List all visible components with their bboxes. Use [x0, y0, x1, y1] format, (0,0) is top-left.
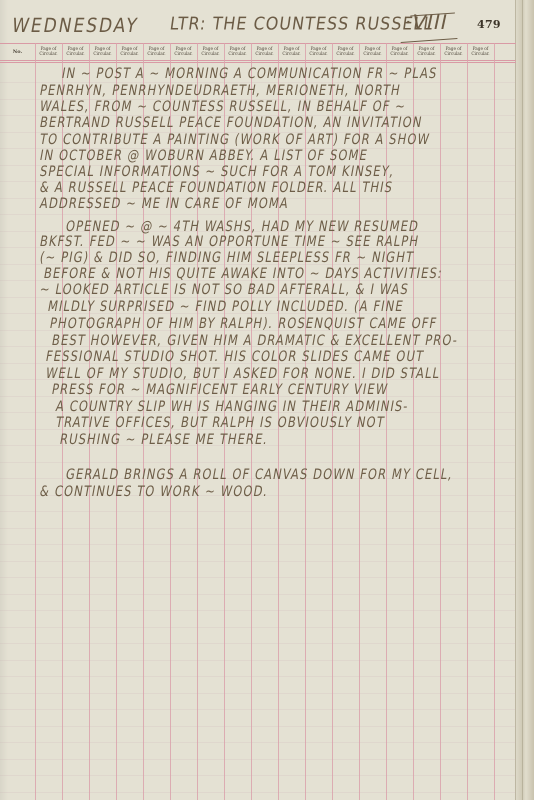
book-page-edge: [515, 0, 534, 800]
day-heading: Wednesday: [10, 15, 140, 38]
column-header-page-of-circular: Page of Circular.: [386, 47, 413, 61]
column-header-page-of-circular: Page of Circular.: [305, 47, 332, 61]
column-header-page-of-circular: Page of Circular.: [62, 47, 89, 61]
entry-line: addressed ~ me in care of MoMA: [38, 194, 290, 212]
faint-line-rule: [0, 610, 516, 611]
entry-line: before & not his quite awake into ~ days…: [42, 264, 444, 282]
page-number: 479: [477, 18, 501, 31]
faint-line-rule: [0, 214, 516, 215]
entry-line: Bertrand Russell Peace Foundation, an in…: [38, 113, 424, 131]
entry-line: press for ~ magnificent early century vi…: [50, 380, 389, 398]
column-header-band: No. Page of Circular.Page of Circular.Pa…: [0, 43, 516, 62]
month-roman-numeral: ·VIII: [402, 10, 450, 34]
column-header-page-of-circular: Page of Circular.: [467, 47, 494, 61]
column-header-page-of-circular: Page of Circular.: [170, 47, 197, 61]
faint-line-rule: [0, 792, 516, 793]
entry-line: special informations ~ such for a Tom Ki…: [38, 162, 396, 180]
entry-line: rushing ~ please me there.: [58, 430, 269, 448]
faint-line-rule: [0, 544, 516, 545]
column-header-page-of-circular: Page of Circular.: [413, 47, 440, 61]
entry-line: in October @ Woburn Abbey. A list of som…: [38, 146, 369, 164]
faint-line-rule: [0, 742, 516, 743]
faint-line-rule: [0, 511, 516, 512]
faint-line-rule: [0, 775, 516, 776]
entry-line: mildly surprised ~ find Polly included. …: [46, 297, 405, 315]
column-rule: [494, 43, 495, 800]
header-bottom-rule-double: [0, 62, 516, 63]
column-header-page-of-circular: Page of Circular.: [224, 47, 251, 61]
entry-line: Wales, from ~ Countess Russell, in behal…: [38, 97, 407, 115]
faint-line-rule: [0, 577, 516, 578]
faint-line-rule: [0, 528, 516, 529]
faint-line-rule: [0, 561, 516, 562]
entry-line: well of my studio, but I asked for none.…: [44, 364, 441, 382]
entry-line: Penrhyn, Penrhyndeudraeth, Merioneth, No…: [38, 81, 402, 99]
column-rule: [440, 43, 441, 800]
faint-line-rule: [0, 709, 516, 710]
entry-line: (~ pig) & did so, finding him sleepless …: [38, 248, 415, 266]
entry-line: ~ looked article is not so bad afterall,…: [38, 280, 410, 298]
faint-line-rule: [0, 627, 516, 628]
faint-line-rule: [0, 643, 516, 644]
entry-line: bkfst. Fed ~ ~ was an opportune time ~ s…: [38, 232, 420, 250]
column-header-page-of-circular: Page of Circular.: [89, 47, 116, 61]
column-header-page-of-circular: Page of Circular.: [116, 47, 143, 61]
faint-line-rule: [0, 462, 516, 463]
entry-line: a country slip wh is hanging in their ad…: [54, 397, 410, 415]
entry-line: & a Russell Peace Foundation folder. All…: [38, 178, 394, 196]
letter-title: LTR: The Countess Russell: [169, 13, 435, 34]
column-header-page-of-circular: Page of Circular.: [35, 47, 62, 61]
faint-line-rule: [0, 594, 516, 595]
faint-line-rule: [0, 759, 516, 760]
faint-line-rule: [0, 660, 516, 661]
column-header-page-of-circular: Page of Circular.: [332, 47, 359, 61]
column-header-page-of-circular: Page of Circular.: [197, 47, 224, 61]
column-rule: [467, 43, 468, 800]
column-header-page-of-circular: Page of Circular.: [143, 47, 170, 61]
entry-line: photograph of him by Ralph). Rosenquist …: [48, 314, 438, 332]
column-rule: [413, 43, 414, 800]
column-header-page-of-circular: Page of Circular.: [251, 47, 278, 61]
column-header-page-of-circular: Page of Circular.: [440, 47, 467, 61]
entry-line: fessional studio shot. His color slides …: [44, 347, 425, 365]
entry-line: best however, given him a dramatic & exc…: [50, 331, 459, 349]
entry-line: to contribute a painting (work of art) f…: [38, 130, 431, 148]
entry-line: & continues to work ~ wood.: [38, 482, 269, 500]
entry-line: Gerald brings a roll of canvas down for …: [64, 465, 454, 483]
faint-line-rule: [0, 676, 516, 677]
faint-line-rule: [0, 726, 516, 727]
column-header-no: No.: [0, 47, 35, 61]
column-header-page-of-circular: Page of Circular.: [278, 47, 305, 61]
column-header-page-of-circular: Page of Circular.: [359, 47, 386, 61]
column-rule: [35, 43, 36, 800]
entry-line: In ~ post a ~ morning a communication fr…: [60, 64, 439, 82]
faint-line-rule: [0, 693, 516, 694]
column-rule: [386, 43, 387, 800]
entry-line: trative offices, but Ralph is obviously …: [54, 413, 386, 431]
ledger-page: Wednesday LTR: The Countess Russell ·VII…: [0, 0, 534, 800]
